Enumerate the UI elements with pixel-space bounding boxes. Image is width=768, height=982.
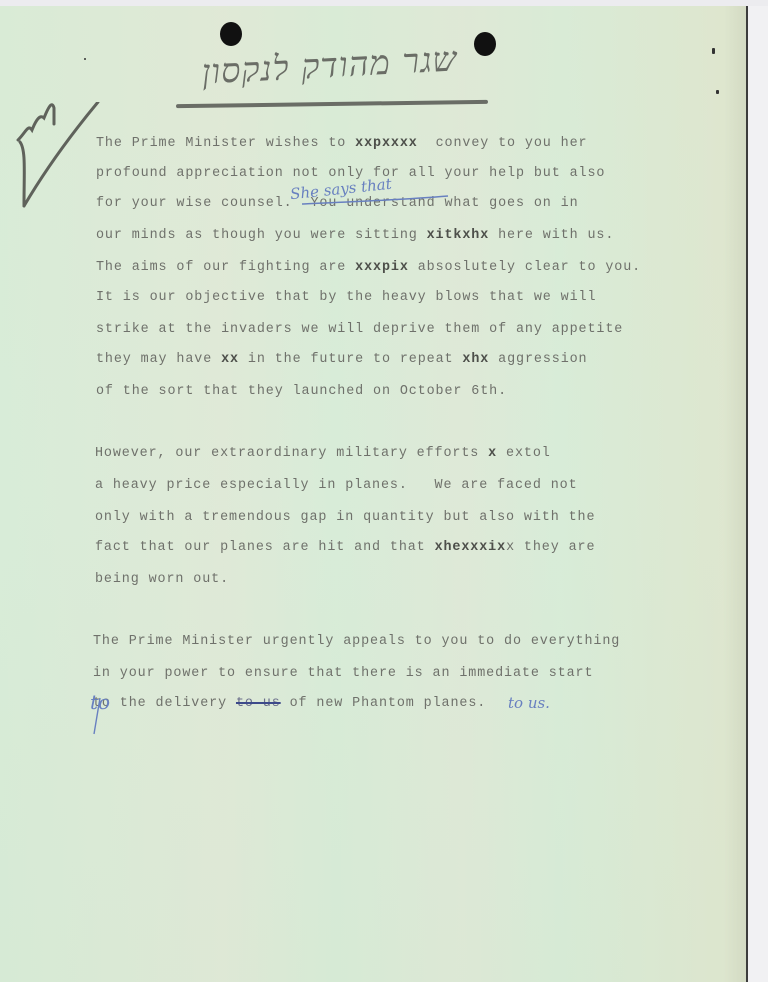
speck-mark: [712, 48, 715, 54]
struck-text: to us: [236, 696, 281, 711]
text-line: they may have xx in the future to repeat…: [96, 352, 588, 367]
handwritten-annotation-to-us: to us.: [508, 694, 550, 712]
handwritten-check-mark-icon: [14, 102, 104, 212]
text-line: to the delivery to us of new Phantom pla…: [93, 696, 486, 711]
typed-xout: x: [488, 446, 497, 461]
text-line: It is our objective that by the heavy bl…: [96, 290, 596, 305]
typed-xout: xxxpix: [355, 260, 409, 275]
typed-xout: xhexxxix: [435, 540, 507, 555]
text-line: However, our extraordinary military effo…: [95, 446, 551, 461]
typed-xout: xhx: [462, 352, 489, 367]
text-line: fact that our planes are hit and that xh…: [95, 540, 595, 555]
annotation-underline: [300, 194, 450, 208]
text-line: of the sort that they launched on Octobe…: [96, 384, 507, 399]
document-page: שגר מהודק לנקסון The Prime Minister wish…: [0, 6, 748, 982]
text-line: being worn out.: [95, 572, 229, 587]
letter-body: The Prime Minister wishes to xxpxxxx con…: [96, 136, 736, 736]
typed-xout: xitkxhx: [427, 228, 490, 243]
typed-xout: xxpxxxx: [355, 136, 418, 151]
typed-xout: xx: [221, 352, 239, 367]
text-line: only with a tremendous gap in quantity b…: [95, 510, 595, 525]
handwritten-hebrew-heading: שגר מהודק לנקסון: [169, 38, 491, 111]
speck-mark: [716, 90, 719, 94]
punch-hole-left: [220, 22, 242, 46]
text-line: The Prime Minister wishes to xxpxxxx con…: [96, 136, 587, 151]
text-line: in your power to ensure that there is an…: [93, 666, 593, 681]
text-line: a heavy price especially in planes. We a…: [95, 478, 578, 493]
text-line: The Prime Minister urgently appeals to y…: [93, 634, 620, 649]
speck-mark: [84, 58, 86, 60]
text-line: our minds as though you were sitting xit…: [96, 228, 614, 243]
text-line: The aims of our fighting are xxxpix abso…: [96, 260, 641, 275]
margin-correction-stroke: [90, 696, 106, 736]
text-line: strike at the invaders we will deprive t…: [96, 322, 623, 337]
